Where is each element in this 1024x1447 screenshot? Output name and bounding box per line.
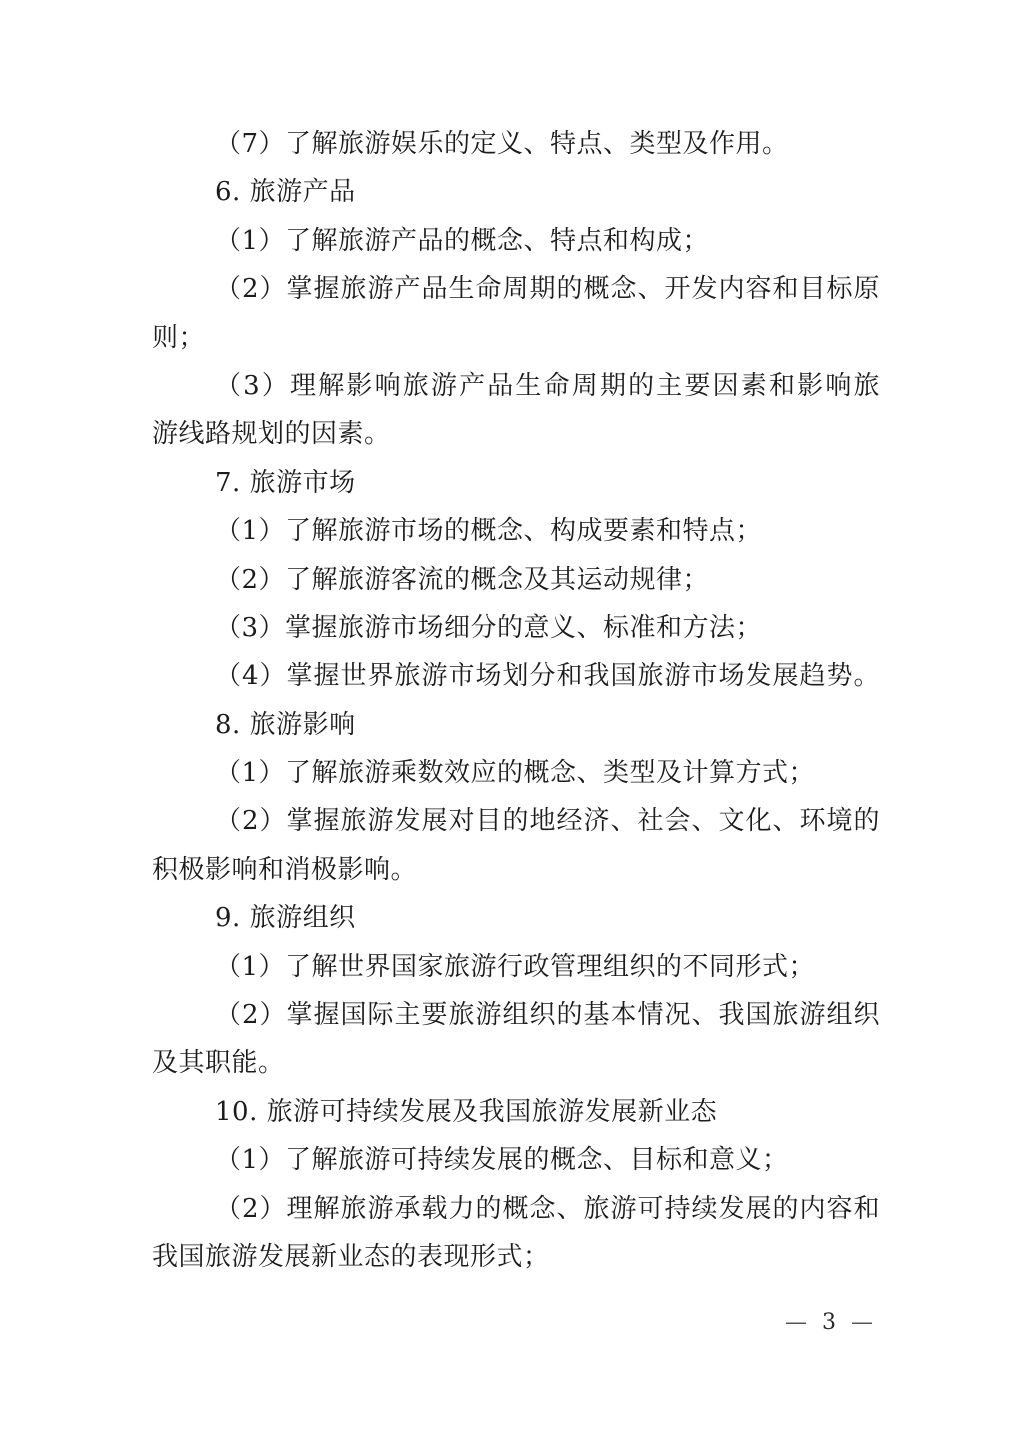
text-line: 积极影响和消极影响。 [152, 846, 880, 894]
text-line: （7）了解旅游娱乐的定义、特点、类型及作用。 [152, 120, 880, 168]
text-line: 8. 旅游影响 [152, 701, 880, 749]
document-page: （7）了解旅游娱乐的定义、特点、类型及作用。6. 旅游产品（1）了解旅游产品的概… [0, 0, 1024, 1447]
text-line: （2）理解旅游承载力的概念、旅游可持续发展的内容和 [152, 1185, 880, 1233]
text-line: （1）了解旅游市场的概念、构成要素和特点； [152, 507, 880, 555]
text-line: （2）掌握国际主要旅游组织的基本情况、我国旅游组织 [152, 991, 880, 1039]
footer-dash-right: — [851, 1310, 874, 1335]
text-line: （3）掌握旅游市场细分的意义、标准和方法； [152, 604, 880, 652]
text-line: （3）理解影响旅游产品生命周期的主要因素和影响旅 [152, 362, 880, 410]
text-line: 9. 旅游组织 [152, 894, 880, 942]
text-line: （1）了解旅游可持续发展的概念、目标和意义； [152, 1136, 880, 1184]
text-line: 及其职能。 [152, 1039, 880, 1087]
text-line: 则； [152, 314, 880, 362]
text-line: （4）掌握世界旅游市场划分和我国旅游市场发展趋势。 [152, 652, 880, 700]
footer-dash-left: — [785, 1310, 808, 1335]
text-line: （1）了解旅游产品的概念、特点和构成； [152, 217, 880, 265]
text-line: 游线路规划的因素。 [152, 410, 880, 458]
body-text: （7）了解旅游娱乐的定义、特点、类型及作用。6. 旅游产品（1）了解旅游产品的概… [152, 120, 880, 1281]
text-line: （2）掌握旅游发展对目的地经济、社会、文化、环境的 [152, 797, 880, 845]
text-line: 10. 旅游可持续发展及我国旅游发展新业态 [152, 1088, 880, 1136]
text-line: （1）了解旅游乘数效应的概念、类型及计算方式； [152, 749, 880, 797]
text-line: 我国旅游发展新业态的表现形式； [152, 1233, 880, 1281]
text-line: （2）了解旅游客流的概念及其运动规律； [152, 556, 880, 604]
page-footer: —3— [785, 1308, 874, 1338]
text-line: 7. 旅游市场 [152, 459, 880, 507]
text-line: （2）掌握旅游产品生命周期的概念、开发内容和目标原 [152, 265, 880, 313]
text-line: （1）了解世界国家旅游行政管理组织的不同形式； [152, 943, 880, 991]
text-line: 6. 旅游产品 [152, 168, 880, 216]
page-number: 3 [822, 1310, 837, 1335]
